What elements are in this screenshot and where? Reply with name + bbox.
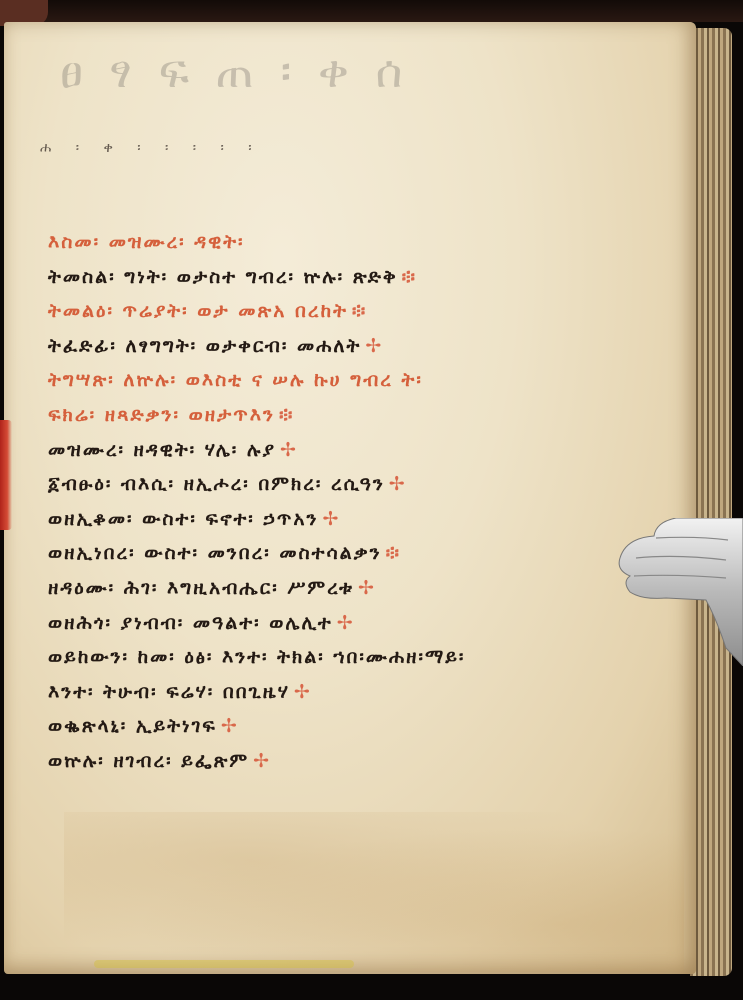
text-line: እስመ፡ መዝሙረ፡ ዳዊት፡	[48, 226, 648, 261]
cross-mark-icon: ✢	[358, 577, 376, 599]
marginal-scribble: ሐ ፡ ቀ ፡ ፡ ፡ ፡ ፡	[40, 140, 262, 156]
line-text: ፩ብፁዕ፡ ብእሲ፡ ዘኢሖረ፡ በምክረ፡ ረሲዓን	[48, 473, 385, 495]
text-line: ወዘሕጎ፡ ያነብብ፡ መዓልተ፡ ወሌሊተ✢	[48, 607, 648, 642]
text-line: ዘዳዕሙ፡ ሕገ፡ እግዚአብሔር፡ ሥምረቱ✢	[48, 572, 648, 607]
line-text: ትግሣጽ፡ ለኵሉ፡ ወእስቲ ና ሠሉ ኩሀ ግብረ ት፡	[48, 369, 423, 391]
text-line: መዝሙረ፡ ዘዳዊት፡ ሃሌ፡ ሉያ✢	[48, 434, 648, 469]
text-line: ወዘኢነበረ፡ ውስተ፡ መንበረ፡ መስተሳልቃን፨	[48, 537, 648, 572]
line-text: ወዘሕጎ፡ ያነብብ፡ መዓልተ፡ ወሌሊተ	[48, 612, 333, 634]
cross-mark-icon: ✢	[221, 715, 239, 737]
text-line: ትመልዕ፡ ጥሬያት፡ ወታ መጽአ በረከት፨	[48, 295, 648, 330]
book-cover-top	[0, 0, 743, 22]
silver-hand-clasp-icon	[616, 518, 743, 666]
cross-mark-icon: ፨	[352, 300, 367, 322]
cross-mark-icon: ✢	[253, 750, 271, 772]
line-text: ወቈጽላኒ፡ ኢይትነገፍ	[48, 715, 217, 737]
cross-mark-icon: ✢	[389, 473, 407, 495]
text-line: ፩ብፁዕ፡ ብእሲ፡ ዘኢሖረ፡ በምክረ፡ ረሲዓን✢	[48, 468, 648, 503]
line-text: ወይከውን፡ ከመ፡ ዕፅ፡ እንተ፡ ትክል፡ ኀበ፡ሙሐዘ፡ማይ፡	[48, 646, 465, 668]
cross-mark-icon: ፨	[386, 542, 401, 564]
yellow-stain	[94, 960, 354, 968]
line-text: ትመስል፡ ግነት፡ ወታስተ ግብረ፡ ኵሉ፡ ጽድቅ	[48, 266, 398, 288]
cross-mark-icon: ✢	[337, 612, 355, 634]
cross-mark-icon: ✢	[294, 681, 312, 703]
line-text: እንተ፡ ትሁብ፡ ፍሬሃ፡ በበጊዜሃ	[48, 681, 290, 703]
text-line: እንተ፡ ትሁብ፡ ፍሬሃ፡ በበጊዜሃ✢	[48, 676, 648, 711]
text-block: እስመ፡ መዝሙረ፡ ዳዊት፡ትመስል፡ ግነት፡ ወታስተ ግብረ፡ ኵሉ፡ …	[48, 226, 648, 780]
line-text: ዘዳዕሙ፡ ሕገ፡ እግዚአብሔር፡ ሥምረቱ	[48, 577, 354, 599]
cross-mark-icon: ✢	[280, 439, 298, 461]
cross-mark-icon: ፨	[402, 266, 417, 288]
line-text: መዝሙረ፡ ዘዳዊት፡ ሃሌ፡ ሉያ	[48, 439, 276, 461]
text-line: ወኵሉ፡ ዘገብረ፡ ይፌጽም✢	[48, 745, 648, 780]
cross-mark-icon: ✢	[322, 508, 340, 530]
bleed-through-text: ፀ ፃ ፍ ጠ ፡ ቀ ሰ	[60, 40, 680, 210]
line-text: ትመልዕ፡ ጥሬያት፡ ወታ መጽአ በረከት	[48, 300, 348, 322]
page-fore-edge	[690, 28, 732, 976]
text-line: ትግሣጽ፡ ለኵሉ፡ ወእስቲ ና ሠሉ ኩሀ ግብረ ት፡	[48, 364, 648, 399]
cross-mark-icon: ፨	[279, 404, 294, 426]
text-line: ፍክሬ፡ ዘጻድቃን፡ ወዘታጥእን፨	[48, 399, 648, 434]
cross-mark-icon: ✢	[365, 335, 383, 357]
text-line: ወይከውን፡ ከመ፡ ዕፅ፡ እንተ፡ ትክል፡ ኀበ፡ሙሐዘ፡ማይ፡	[48, 641, 648, 676]
line-text: ወኵሉ፡ ዘገብረ፡ ይፌጽም	[48, 750, 249, 772]
text-line: ወቈጽላኒ፡ ኢይትነገፍ✢	[48, 710, 648, 745]
line-text: ትፈድፊ፡ ለፃግግት፡ ወታቀርብ፡ መሐለት	[48, 335, 361, 357]
line-text: እስመ፡ መዝሙረ፡ ዳዊት፡	[48, 231, 245, 253]
red-margin-stain	[0, 420, 12, 530]
line-text: ወዘኢነበረ፡ ውስተ፡ መንበረ፡ መስተሳልቃን	[48, 542, 382, 564]
text-line: ወዘኢቆመ፡ ውስተ፡ ፍኖተ፡ ኃጥአን✢	[48, 503, 648, 538]
line-text: ፍክሬ፡ ዘጻድቃን፡ ወዘታጥእን	[48, 404, 275, 426]
water-stain	[64, 812, 684, 972]
line-text: ወዘኢቆመ፡ ውስተ፡ ፍኖተ፡ ኃጥአን	[48, 508, 318, 530]
text-line: ትመስል፡ ግነት፡ ወታስተ ግብረ፡ ኵሉ፡ ጽድቅ፨	[48, 261, 648, 296]
text-line: ትፈድፊ፡ ለፃግግት፡ ወታቀርብ፡ መሐለት✢	[48, 330, 648, 365]
